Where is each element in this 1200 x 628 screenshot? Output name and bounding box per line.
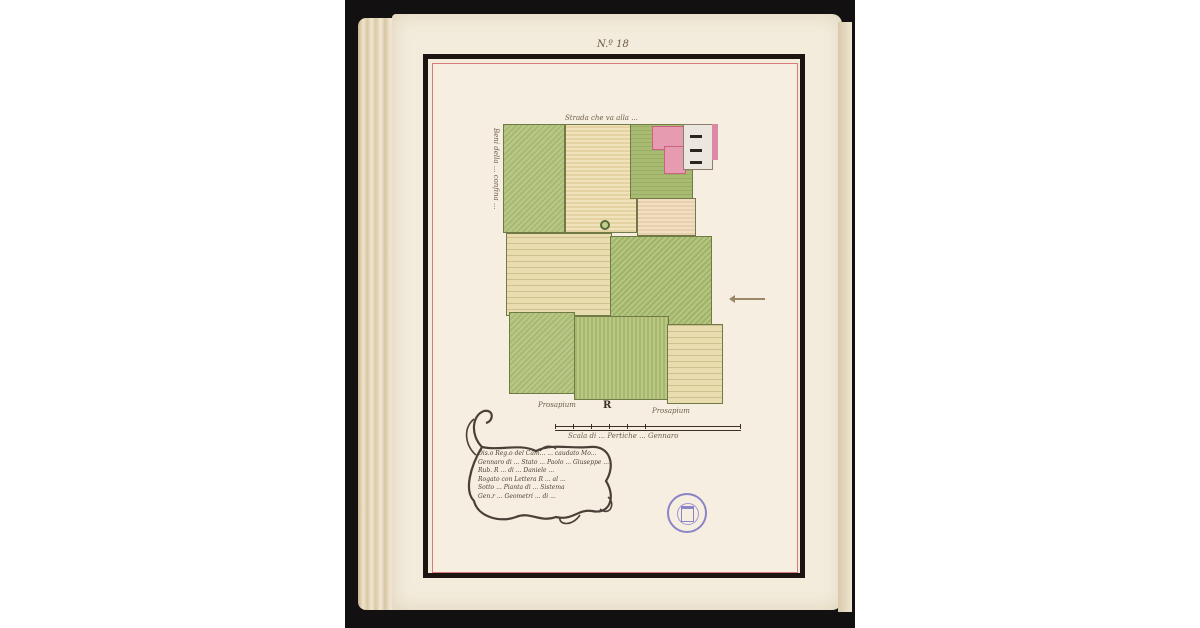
- bottom-right-annotation: Prosapium: [652, 407, 690, 415]
- folio-number: N.º 18: [597, 39, 629, 50]
- field-parcel: [574, 316, 669, 400]
- north-arrow-icon: [733, 298, 765, 300]
- facing-page-edge: [838, 22, 852, 612]
- cartouche-line: Sotto ... Pianta di ... Sistema: [478, 484, 618, 493]
- field-parcel: [637, 198, 696, 236]
- cartouche-line: Rub. R ... di ... Daniele ...: [478, 467, 618, 476]
- field-parcel: [509, 312, 575, 394]
- left-annotation: Beni della ... confina ...: [492, 128, 500, 210]
- field-parcel: [610, 236, 712, 325]
- stamp-emblem-icon: [681, 506, 694, 522]
- building-elevation: [683, 124, 713, 170]
- field-parcel: [506, 233, 612, 316]
- cartouche-line: Gen.r ... Geometri ... di ...: [478, 493, 618, 502]
- field-parcel: [503, 124, 565, 233]
- field-parcel: [667, 324, 723, 404]
- cartouche-text: Dis.o Reg.o del Cam... ... caudato Mo...…: [478, 450, 618, 501]
- well-icon: [600, 220, 610, 230]
- cartouche-line: Rogato con Lettera R ... al ...: [478, 476, 618, 485]
- building-side-wall: [712, 124, 718, 160]
- field-parcel: [565, 124, 637, 233]
- cartouche-line: Gennaro di ... Stato ... Paolo ... Giuse…: [478, 459, 618, 468]
- cartouche-line: Dis.o Reg.o del Cam... ... caudato Mo...: [478, 450, 618, 459]
- top-annotation: Strada che va alla ...: [565, 114, 638, 122]
